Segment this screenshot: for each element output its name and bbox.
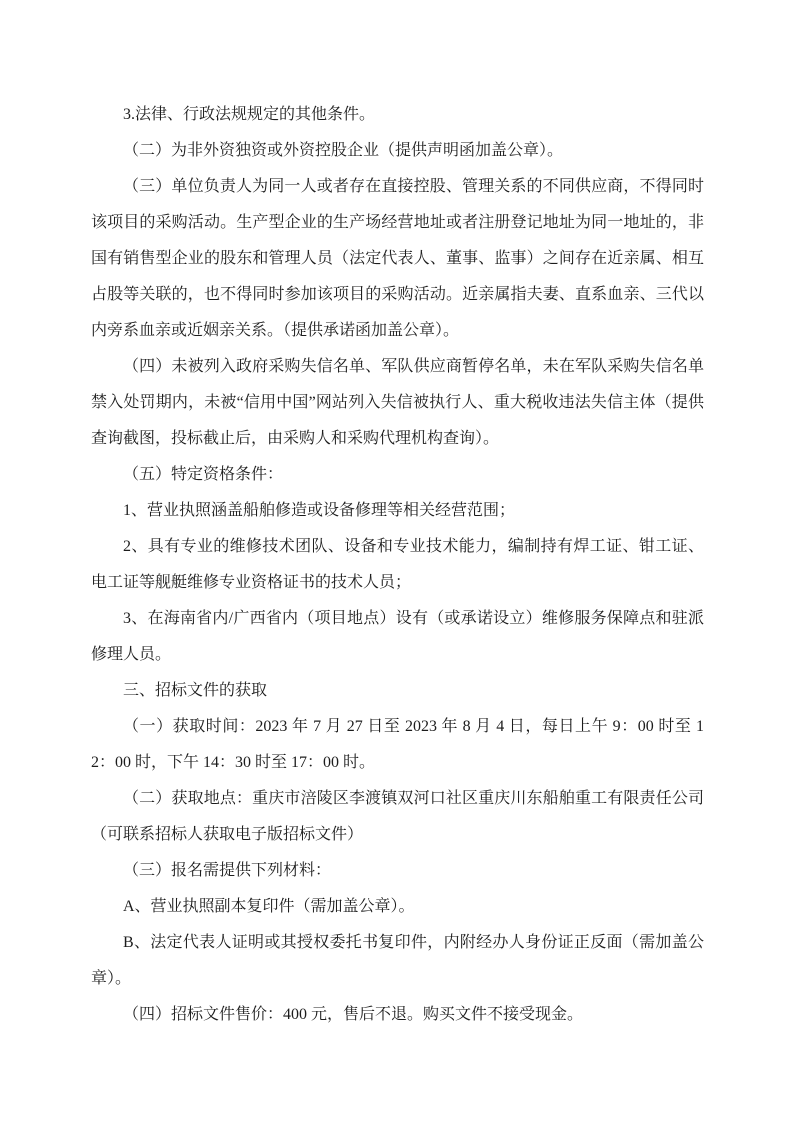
- paragraph: 2、具有专业的维修技术团队、设备和专业技术能力，编制持有焊工证、钳工证、电工证等…: [91, 529, 704, 601]
- paragraph: 3、在海南省内/广西省内（项目地点）设有（或承诺设立）维修服务保障点和驻派修理人…: [91, 601, 704, 673]
- paragraph: B、法定代表人证明或其授权委托书复印件，内附经办人身份证正反面（需加盖公章）。: [91, 925, 704, 997]
- paragraph: （五）特定资格条件：: [91, 457, 704, 493]
- paragraph: （二）为非外资独资或外资控股企业（提供声明函加盖公章）。: [91, 133, 704, 169]
- paragraph: A、营业执照副本复印件（需加盖公章）。: [91, 889, 704, 925]
- paragraph: 三、招标文件的获取: [91, 673, 704, 709]
- paragraph: （二）获取地点：重庆市涪陵区李渡镇双河口社区重庆川东船舶重工有限责任公司（可联系…: [91, 781, 704, 853]
- paragraph: 1、营业执照涵盖船舶修造或设备修理等相关经营范围；: [91, 493, 704, 529]
- paragraph: 3.法律、行政法规规定的其他条件。: [91, 97, 704, 133]
- paragraph: （一）获取时间：2023 年 7 月 27 日至 2023 年 8 月 4 日，…: [91, 709, 704, 781]
- paragraph: （三）报名需提供下列材料：: [91, 853, 704, 889]
- document-page: 3.法律、行政法规规定的其他条件。（二）为非外资独资或外资控股企业（提供声明函加…: [0, 0, 793, 1122]
- paragraph: （四）招标文件售价：400 元，售后不退。购买文件不接受现金。: [91, 997, 704, 1033]
- paragraph: （四）未被列入政府采购失信名单、军队供应商暂停名单，未在军队采购失信名单禁入处罚…: [91, 349, 704, 457]
- document-body: 3.法律、行政法规规定的其他条件。（二）为非外资独资或外资控股企业（提供声明函加…: [91, 97, 704, 1033]
- paragraph: （三）单位负责人为同一人或者存在直接控股、管理关系的不同供应商，不得同时该项目的…: [91, 169, 704, 349]
